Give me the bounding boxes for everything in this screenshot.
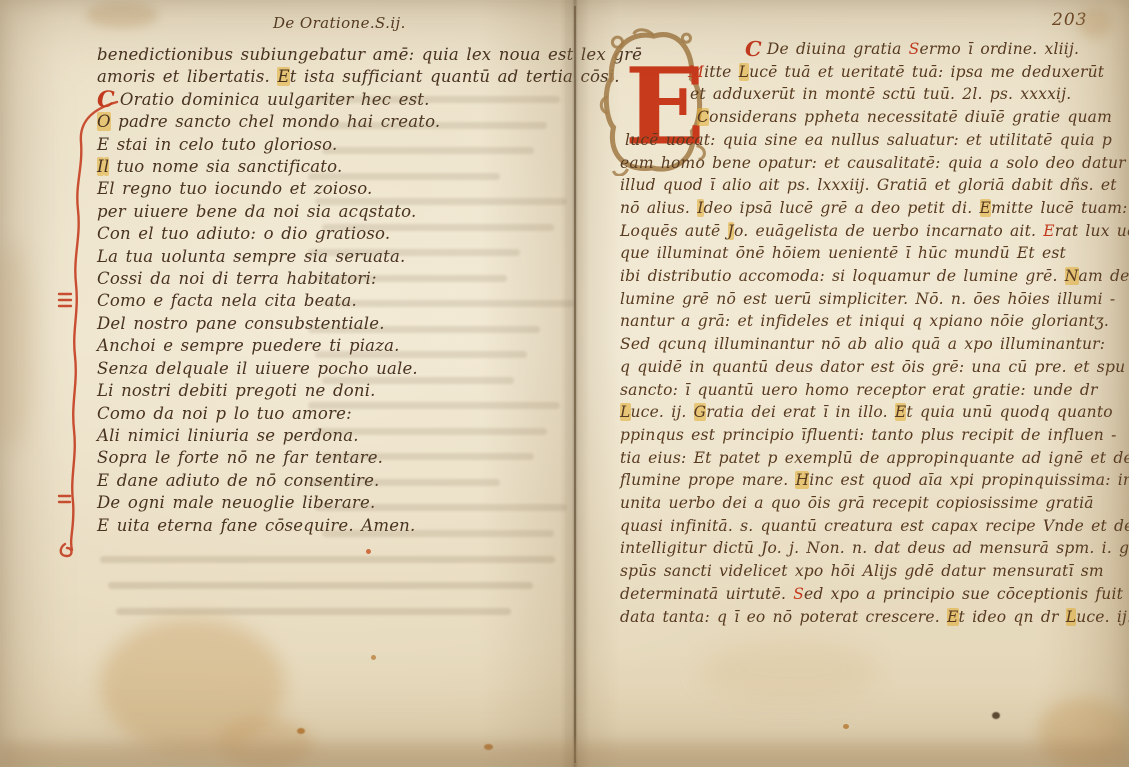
yellow-touched-letter: G	[694, 403, 707, 421]
manuscript-line: Loquēs autē Jo. euāgelista de uerbo inca…	[620, 220, 1125, 243]
left-page: De Oratione.S.ij. benedictionibus subiun…	[0, 0, 565, 767]
manuscript-line: que illuminat ōnē hōiem uenientē ī hūc m…	[620, 242, 1125, 265]
manuscript-line: quasi infinitā. s. quantū creatura est c…	[620, 515, 1125, 538]
manuscript-line: data tanta: q ī eo nō poterat crescere. …	[620, 606, 1125, 629]
folio-number: 203	[1052, 10, 1087, 30]
yellow-touched-letter: N	[1065, 267, 1079, 285]
manuscript-line: Considerans ppheta necessitatē diuīē gra…	[620, 106, 1125, 129]
right-page: 203 E CDe diuina gratia Sermo ī ordine. …	[565, 0, 1129, 767]
manuscript-line: determinatā uirtutē. Sed xpo a principio…	[620, 583, 1125, 606]
manuscript-line: amoris et libertatis. Et ista sufficiant…	[97, 66, 572, 88]
rubricated-letter: E	[1043, 222, 1055, 240]
right-text-block: CDe diuina gratia Sermo ī ordine. xliij.…	[620, 38, 1125, 628]
manuscript-line: benedictionibus subiungebatur amē: quia …	[97, 44, 572, 66]
rubricated-letter: M	[688, 63, 704, 81]
manuscript-line: Mitte Lucē tuā et ueritatē tuā: ipsa me …	[620, 61, 1125, 84]
manuscript-line: ppinqus est principio īfluenti: tanto pl…	[620, 424, 1125, 447]
capitulum-mark: C	[745, 36, 762, 61]
left-text-block: benedictionibus subiungebatur amē: quia …	[97, 44, 572, 537]
manuscript-line: lucē uocat: quia sine ea nullus saluatur…	[620, 129, 1125, 152]
manuscript-line: et adduxerūt in montē sctū tuū. 2l. ps. …	[620, 83, 1125, 106]
manuscript-line: flumine prope mare. Hinc est quod aīa xp…	[620, 469, 1125, 492]
yellow-touched-letter: L	[739, 63, 750, 81]
manuscript-line: nantur a grā: et infideles et iniqui q x…	[620, 310, 1125, 333]
yellow-touched-letter: E	[980, 199, 992, 217]
manuscript-line: illud quod ī alio ait ps. lxxxiij. Grati…	[620, 174, 1125, 197]
yellow-touched-letter: L	[620, 403, 631, 421]
yellow-touched-letter: E	[895, 403, 907, 421]
yellow-touched-letter: E	[277, 67, 289, 86]
manuscript-line: unita uerbo dei a quo ōis grā recepit co…	[620, 492, 1125, 515]
running-title: De Oratione.S.ij.	[273, 14, 406, 32]
manuscript-line: Sed qcunq illuminantur nō ab alio quā a …	[620, 333, 1125, 356]
manuscript-line: nō alius. Ideo ipsā lucē grē a deo petit…	[620, 197, 1125, 220]
yellow-touched-letter: H	[795, 471, 809, 489]
manuscript-line: spūs sancti videlicet xpo hōi Alijs gdē …	[620, 560, 1125, 583]
manuscript-photo: De Oratione.S.ij. benedictionibus subiun…	[0, 0, 1129, 767]
yellow-touched-letter: l	[104, 157, 109, 176]
yellow-touched-letter: O	[97, 112, 111, 131]
yellow-touched-letter: I	[697, 199, 703, 217]
yellow-touched-letter: J	[728, 222, 734, 240]
manuscript-line: eam homo bene opatur: et causalitatē: qu…	[620, 152, 1125, 175]
rubricated-letter: S	[793, 585, 804, 603]
manuscript-line: lumine grē nō est uerū simpliciter. Nō. …	[620, 288, 1125, 311]
yellow-touched-letter: I	[97, 157, 104, 176]
capitulum-mark: C	[97, 87, 115, 113]
yellow-touched-letter: C	[697, 108, 709, 126]
manuscript-line: tia eius: Et patet p exemplū de appropin…	[620, 447, 1125, 470]
manuscript-line: Luce. ij. Gratia dei erat ī in illo. Et …	[620, 401, 1125, 424]
manuscript-line: q quidē in quantū deus dator est ōis grē…	[620, 356, 1125, 379]
rubricated-letter: S	[909, 40, 920, 58]
manuscript-line: intelligitur dictū Jo. j. Non. n. dat de…	[620, 537, 1125, 560]
manuscript-line: CDe diuina gratia Sermo ī ordine. xliij.	[620, 38, 1125, 61]
yellow-touched-letter: L	[1066, 608, 1077, 626]
manuscript-line: ibi distributio accomoda: si loquamur de…	[620, 265, 1125, 288]
manuscript-line: sancto: ī quantū uero homo receptor erat…	[620, 379, 1125, 402]
yellow-touched-letter: E	[947, 608, 959, 626]
